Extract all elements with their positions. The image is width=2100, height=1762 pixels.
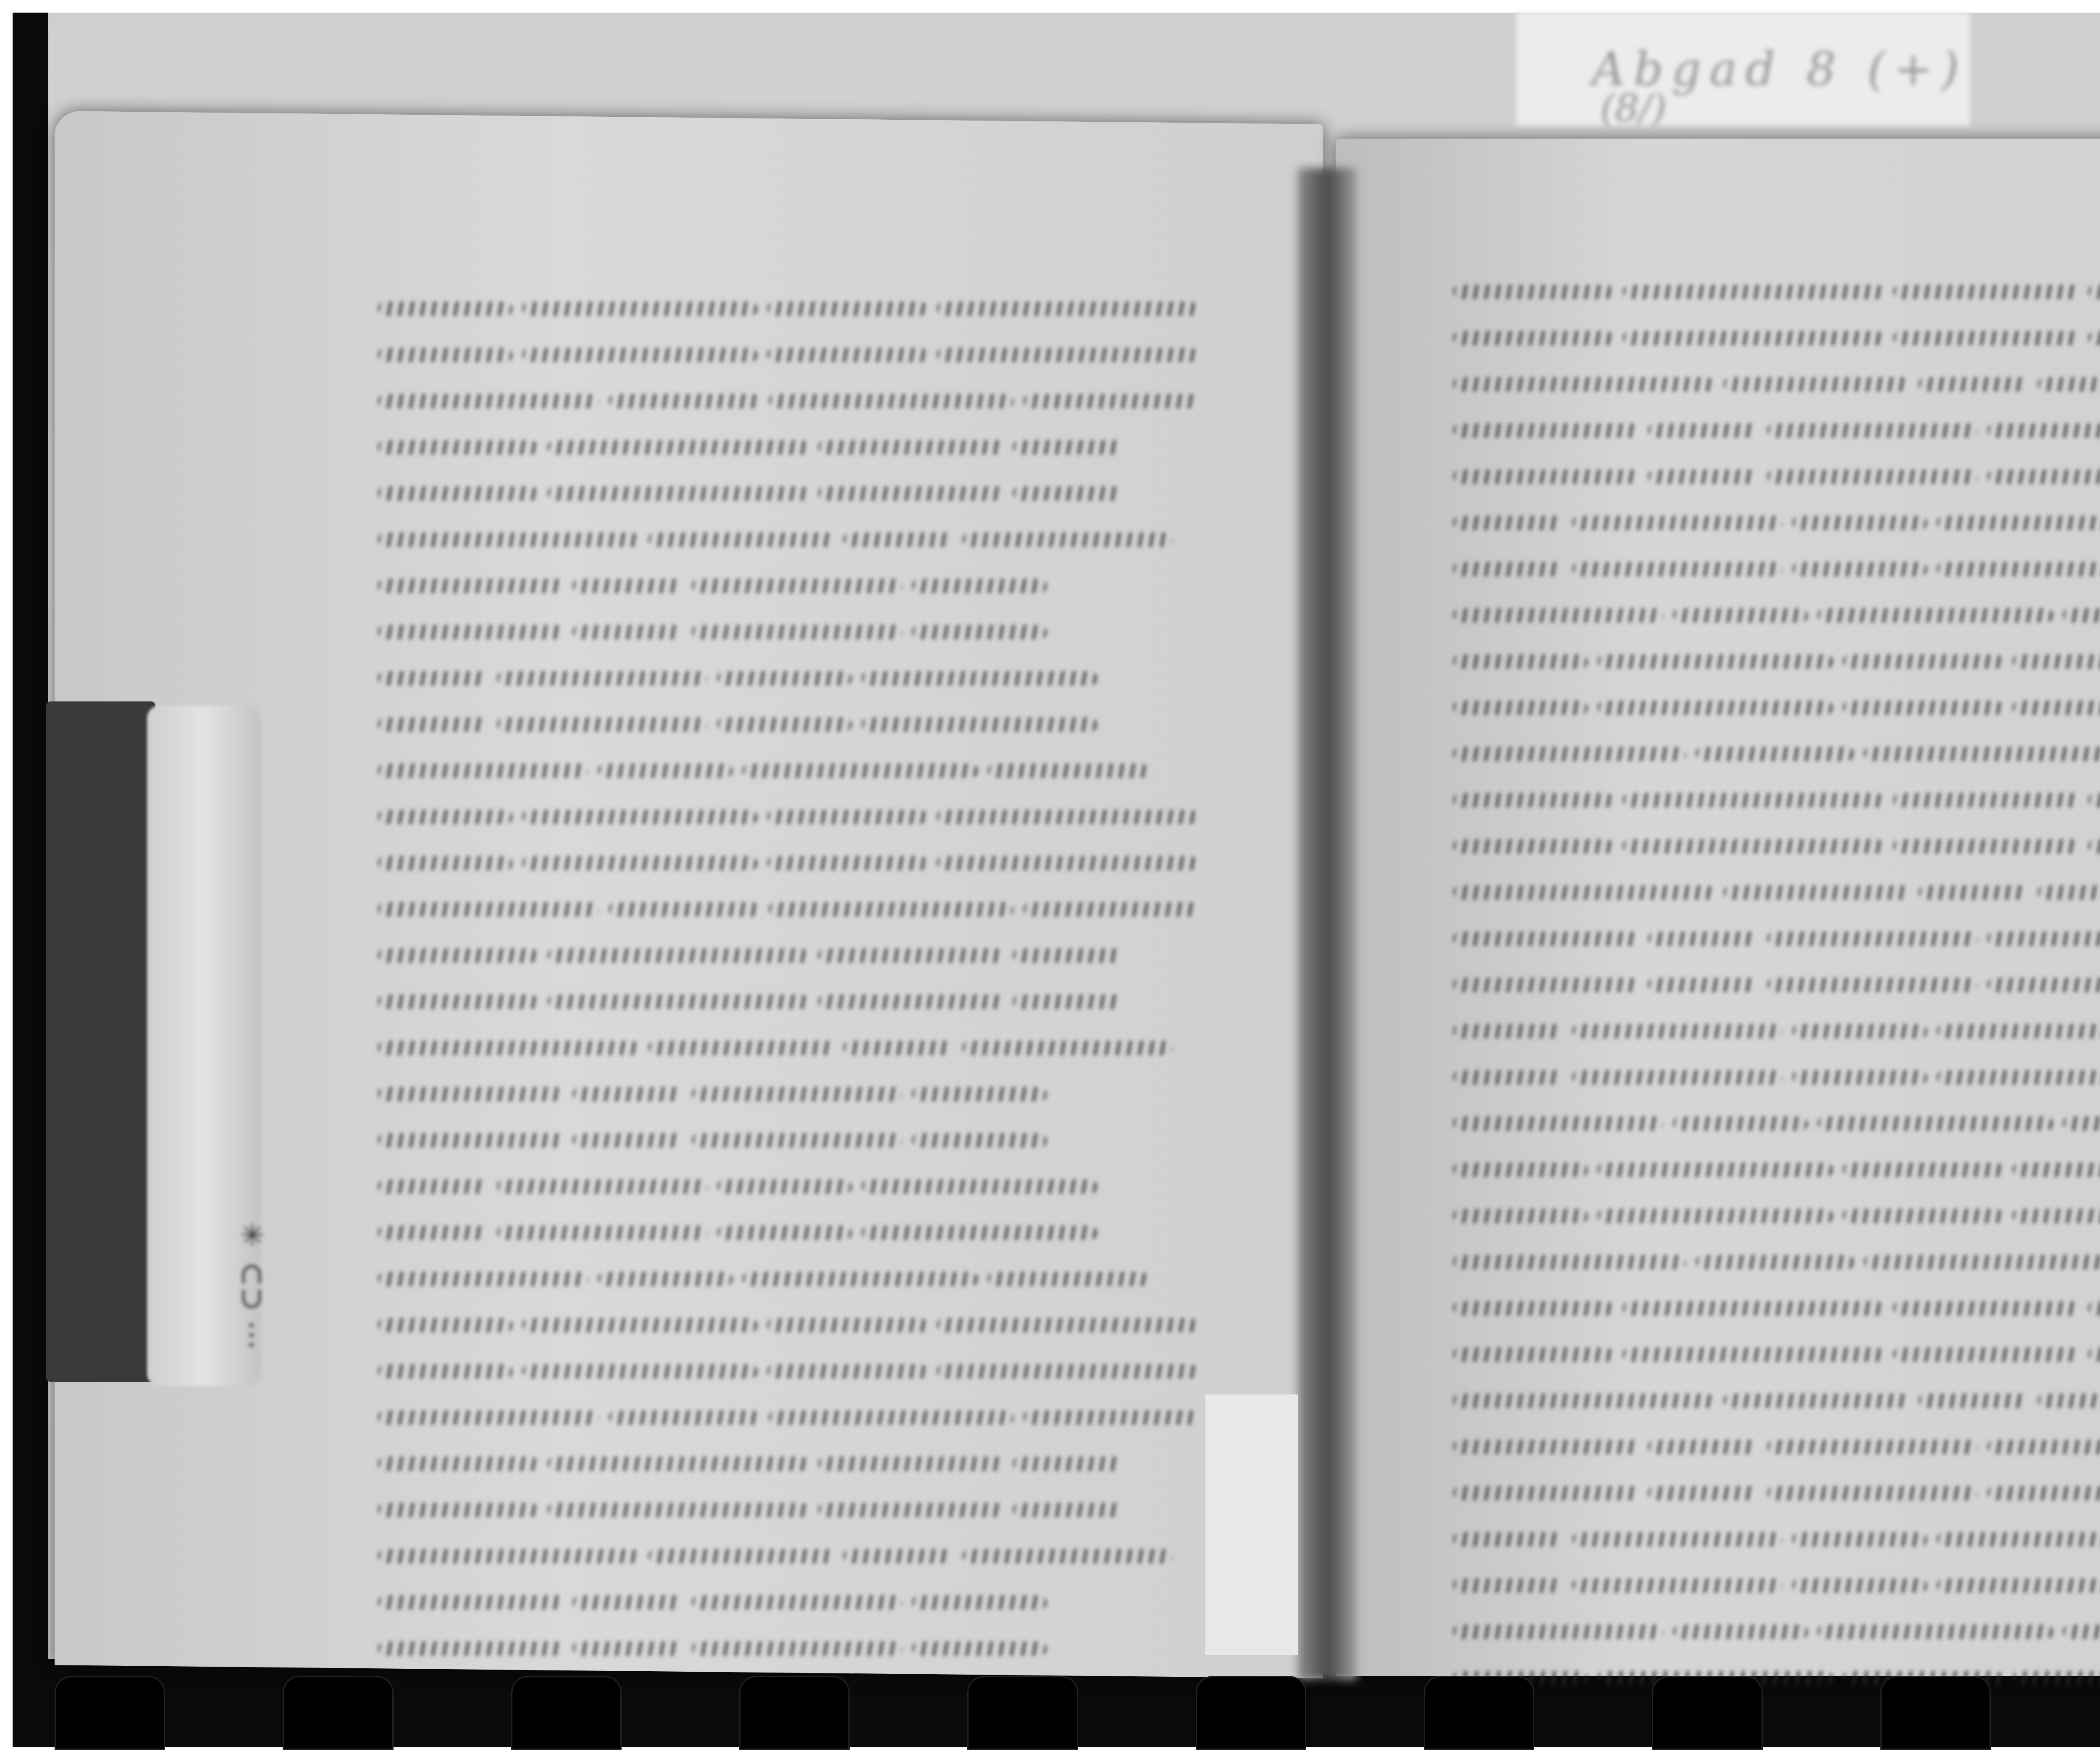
script-word [1673, 608, 1808, 622]
script-word [1818, 1625, 2053, 1639]
script-word [1453, 285, 1613, 299]
text-line [1453, 869, 2100, 916]
sprocket-hole [1652, 1676, 1762, 1750]
sprocket-hole [511, 1676, 622, 1750]
script-word [843, 1549, 953, 1563]
script-word [378, 1318, 512, 1332]
script-word [1623, 285, 1883, 299]
script-word [1453, 1116, 1663, 1131]
script-word [1893, 1347, 2078, 1362]
text-line [1453, 1609, 2100, 1655]
script-word [1013, 995, 1122, 1009]
script-word [1724, 377, 1908, 391]
text-line [1453, 500, 2100, 546]
script-word [1696, 1255, 1854, 1269]
script-word [2038, 885, 2100, 900]
script-word [378, 810, 512, 824]
left-margin-note: ✳ ⊂⊃ ⋯ [235, 1218, 270, 1350]
script-word [1453, 608, 1663, 622]
script-word [1937, 1024, 2100, 1038]
text-line [378, 424, 1197, 470]
script-word [378, 1641, 563, 1656]
script-word [717, 717, 852, 732]
script-word [378, 486, 538, 501]
script-word [1919, 377, 2028, 391]
script-word [862, 717, 1097, 732]
script-word [1623, 839, 1883, 853]
script-word [378, 1226, 487, 1240]
text-line [1453, 1054, 2100, 1100]
script-word [378, 856, 512, 870]
script-word [648, 1549, 833, 1563]
text-line [378, 1394, 1197, 1441]
script-word [1453, 701, 1588, 715]
script-word [937, 348, 1197, 362]
script-word [717, 1226, 852, 1240]
text-line [1453, 823, 2100, 869]
script-word [1598, 1209, 1833, 1223]
script-word [963, 1549, 1173, 1563]
script-word [2088, 839, 2100, 853]
text-line [1453, 731, 2100, 777]
text-line [1453, 1147, 2100, 1193]
script-word [378, 995, 538, 1009]
script-word [1453, 932, 1638, 946]
right-page-text [1453, 269, 2100, 1701]
left-page-text [378, 286, 1197, 1672]
script-word [378, 1503, 538, 1517]
script-word [1598, 654, 1833, 669]
script-word [1013, 1457, 1122, 1471]
script-word [1024, 902, 1197, 916]
script-word [1893, 839, 2078, 853]
script-word [1024, 394, 1197, 408]
script-word [1893, 285, 2078, 299]
script-word [378, 440, 538, 454]
script-word [818, 948, 1003, 963]
script-word [573, 1595, 682, 1610]
script-word [2088, 331, 2100, 345]
script-word [573, 625, 682, 639]
script-word [1453, 1347, 1613, 1362]
script-word [598, 1272, 732, 1286]
script-word [378, 948, 538, 963]
script-word [378, 1133, 563, 1148]
script-word [1864, 747, 2100, 761]
text-line [378, 563, 1197, 609]
script-word [378, 1549, 638, 1563]
script-word [963, 1041, 1173, 1055]
script-word [717, 1179, 852, 1194]
script-word [573, 579, 682, 593]
script-word [1843, 1209, 2003, 1223]
script-word [843, 533, 953, 547]
script-word [1013, 948, 1122, 963]
script-word [769, 1410, 1013, 1425]
script-word [912, 579, 1047, 593]
script-word [1598, 1163, 1833, 1177]
script-word [1648, 932, 1757, 946]
script-word [1453, 793, 1613, 807]
script-word [1937, 516, 2100, 530]
script-word [743, 764, 978, 778]
text-line [378, 655, 1197, 701]
script-word [1767, 932, 1977, 946]
script-word [378, 671, 487, 685]
script-word [1453, 1486, 1638, 1500]
script-word [767, 856, 927, 870]
script-word [548, 948, 808, 963]
script-word [378, 348, 512, 362]
sprocket-hole [967, 1676, 1078, 1750]
script-word [598, 764, 732, 778]
text-line [1453, 269, 2100, 315]
script-word [743, 1272, 978, 1286]
text-line [1453, 638, 2100, 685]
script-word [692, 1595, 902, 1610]
text-line [1453, 685, 2100, 731]
script-word [1623, 793, 1883, 807]
script-word [769, 394, 1013, 408]
script-word [1648, 978, 1757, 992]
text-line [1453, 315, 2100, 361]
text-line [378, 1210, 1197, 1256]
script-word [1893, 331, 2078, 345]
script-word [1013, 1503, 1122, 1517]
script-word [1453, 377, 1714, 391]
script-word [1987, 423, 2100, 438]
script-word [2013, 1209, 2100, 1223]
book-gutter [1298, 168, 1357, 1680]
script-word [1623, 1347, 1883, 1362]
script-word [1453, 423, 1638, 438]
film-sprocket-row [13, 1676, 2100, 1747]
text-line [378, 701, 1197, 748]
text-line [378, 1256, 1197, 1302]
script-word [1572, 1070, 1782, 1085]
script-word [1572, 1532, 1782, 1547]
text-line [378, 979, 1197, 1025]
script-word [1987, 1440, 2100, 1454]
script-word [1453, 470, 1638, 484]
script-word [609, 394, 759, 408]
script-word [2088, 285, 2100, 299]
script-word [2088, 1301, 2100, 1316]
script-word [2013, 701, 2100, 715]
text-line [1453, 1239, 2100, 1285]
script-word [378, 1457, 538, 1471]
script-word [648, 533, 833, 547]
script-word [522, 1364, 757, 1379]
script-word [1572, 562, 1782, 576]
text-line [1453, 1424, 2100, 1470]
sprocket-hole [739, 1676, 850, 1750]
text-line [378, 794, 1197, 840]
script-word [378, 1364, 512, 1379]
script-word [378, 1595, 563, 1610]
text-line [378, 517, 1197, 563]
script-word [497, 717, 707, 732]
script-word [1673, 1116, 1808, 1131]
script-word [1572, 516, 1782, 530]
script-word [378, 1179, 487, 1194]
text-line [378, 1487, 1197, 1533]
script-word [1673, 1625, 1808, 1639]
script-word [818, 1503, 1003, 1517]
text-line [378, 332, 1197, 378]
script-word [769, 902, 1013, 916]
text-line [1453, 361, 2100, 407]
script-word [497, 1226, 707, 1240]
script-word [2013, 1163, 2100, 1177]
script-word [1987, 978, 2100, 992]
script-word [378, 579, 563, 593]
script-word [1893, 1301, 2078, 1316]
script-word [1724, 1394, 1908, 1408]
script-word [1793, 516, 1927, 530]
script-word [1453, 1625, 1663, 1639]
script-word [912, 1595, 1047, 1610]
script-word [378, 764, 588, 778]
script-word [1724, 885, 1908, 900]
text-line [378, 286, 1197, 332]
script-word [1919, 1394, 2028, 1408]
script-word [2063, 608, 2100, 622]
script-word [1453, 1578, 1562, 1593]
script-word [912, 1133, 1047, 1148]
script-word [1453, 1255, 1686, 1269]
script-word [1453, 839, 1613, 853]
text-line [1453, 1516, 2100, 1562]
script-word [1696, 747, 1854, 761]
text-line [378, 932, 1197, 979]
script-word [1572, 1578, 1782, 1593]
script-word [1893, 793, 2078, 807]
script-word [548, 486, 808, 501]
script-word [1767, 423, 1977, 438]
text-line [378, 470, 1197, 517]
script-word [1453, 1070, 1562, 1085]
text-line [1453, 1331, 2100, 1378]
script-word [2038, 1394, 2100, 1408]
script-word [692, 579, 902, 593]
script-word [1937, 1532, 2100, 1547]
script-word [1648, 470, 1757, 484]
script-word [912, 625, 1047, 639]
text-line [1453, 777, 2100, 823]
script-word [1013, 440, 1122, 454]
script-word [378, 394, 599, 408]
script-word [1453, 1394, 1714, 1408]
script-word [1937, 562, 2100, 576]
script-word [1598, 701, 1833, 715]
text-line [378, 1071, 1197, 1117]
text-line [378, 1625, 1197, 1672]
text-line [378, 1302, 1197, 1348]
script-word [1767, 978, 1977, 992]
script-word [1024, 1410, 1197, 1425]
script-word [497, 1179, 707, 1194]
script-word [818, 1457, 1003, 1471]
script-word [378, 1272, 588, 1286]
script-word [862, 671, 1097, 685]
script-word [1453, 978, 1638, 992]
script-word [1793, 562, 1927, 576]
script-word [1818, 608, 2053, 622]
script-word [1864, 1255, 2100, 1269]
text-line [378, 1441, 1197, 1487]
text-line [1453, 454, 2100, 500]
script-word [692, 1087, 902, 1101]
text-line [1453, 1378, 2100, 1424]
script-word [1843, 1163, 2003, 1177]
script-word [522, 1318, 757, 1332]
script-word [1793, 1070, 1927, 1085]
script-word [522, 302, 757, 316]
script-word [1793, 1532, 1927, 1547]
text-line [378, 1533, 1197, 1579]
text-line [1453, 916, 2100, 962]
script-word [843, 1041, 953, 1055]
script-word [548, 1457, 808, 1471]
text-line [378, 840, 1197, 886]
script-word [912, 1641, 1047, 1656]
text-line [1453, 1193, 2100, 1239]
script-word [692, 625, 902, 639]
script-word [2013, 654, 2100, 669]
text-line [378, 609, 1197, 655]
text-line [1453, 1008, 2100, 1054]
script-word [378, 1410, 599, 1425]
script-word [1987, 470, 2100, 484]
script-word [767, 810, 927, 824]
script-word [818, 440, 1003, 454]
text-line [1453, 1470, 2100, 1516]
text-line [1453, 1100, 2100, 1147]
text-line [1453, 546, 2100, 592]
catalog-label: Abgad 8 (+) (8/) [1516, 13, 1970, 126]
text-line [378, 748, 1197, 794]
script-word [1623, 331, 1883, 345]
sprocket-hole [1880, 1676, 1991, 1750]
script-word [767, 1318, 927, 1332]
script-word [1843, 654, 2003, 669]
text-line [1453, 962, 2100, 1008]
script-word [1453, 331, 1613, 345]
script-word [1767, 1440, 1977, 1454]
script-word [1648, 1440, 1757, 1454]
script-word [2063, 1625, 2100, 1639]
script-word [1937, 1070, 2100, 1085]
text-line [1453, 1285, 2100, 1331]
script-word [937, 810, 1197, 824]
script-word [1843, 701, 2003, 715]
script-word [1453, 1301, 1613, 1316]
script-word [548, 995, 808, 1009]
script-word [1987, 932, 2100, 946]
script-word [1453, 1440, 1638, 1454]
script-word [378, 302, 512, 316]
script-word [548, 440, 808, 454]
script-word [1793, 1024, 1927, 1038]
script-word [378, 625, 563, 639]
script-word [2088, 793, 2100, 807]
script-word [1453, 516, 1562, 530]
script-word [1453, 562, 1562, 576]
script-word [937, 1364, 1197, 1379]
script-word [1987, 1486, 2100, 1500]
text-line [378, 1348, 1197, 1394]
script-word [573, 1087, 682, 1101]
text-line [378, 378, 1197, 424]
script-word [1623, 1301, 1883, 1316]
script-word [1919, 885, 2028, 900]
label-line-2: (8/) [1600, 86, 1667, 130]
script-word [692, 1641, 902, 1656]
script-word [717, 671, 852, 685]
script-word [378, 533, 638, 547]
sprocket-hole [1424, 1676, 1534, 1750]
script-word [912, 1087, 1047, 1101]
text-line [1453, 592, 2100, 638]
script-word [548, 1503, 808, 1517]
script-word [1572, 1024, 1782, 1038]
script-word [767, 348, 927, 362]
script-word [573, 1133, 682, 1148]
script-word [988, 764, 1147, 778]
script-word [937, 1318, 1197, 1332]
script-word [1453, 1209, 1588, 1223]
script-word [818, 995, 1003, 1009]
script-word [2088, 1347, 2100, 1362]
script-word [862, 1226, 1097, 1240]
text-line [378, 1025, 1197, 1071]
script-word [988, 1272, 1147, 1286]
script-word [937, 302, 1197, 316]
script-word [1793, 1578, 1927, 1593]
script-word [1453, 654, 1588, 669]
script-word [609, 1410, 759, 1425]
script-word [963, 533, 1173, 547]
text-line [378, 1163, 1197, 1210]
script-word [378, 717, 487, 732]
script-word [378, 1087, 563, 1101]
script-word [1453, 1024, 1562, 1038]
sprocket-hole [283, 1676, 393, 1750]
script-word [818, 486, 1003, 501]
script-word [1937, 1578, 2100, 1593]
script-word [573, 1641, 682, 1656]
script-word [1648, 423, 1757, 438]
script-word [497, 671, 707, 685]
script-word [378, 902, 599, 916]
script-word [767, 302, 927, 316]
script-word [522, 810, 757, 824]
script-word [1013, 486, 1122, 501]
script-word [1818, 1116, 2053, 1131]
text-line [378, 886, 1197, 932]
script-word [2038, 377, 2100, 391]
script-word [937, 856, 1197, 870]
script-word [767, 1364, 927, 1379]
script-word [1453, 747, 1686, 761]
script-word [1767, 1486, 1977, 1500]
script-word [1453, 885, 1714, 900]
script-word [1648, 1486, 1757, 1500]
script-word [862, 1179, 1097, 1194]
sprocket-hole [55, 1676, 165, 1750]
script-word [1767, 470, 1977, 484]
